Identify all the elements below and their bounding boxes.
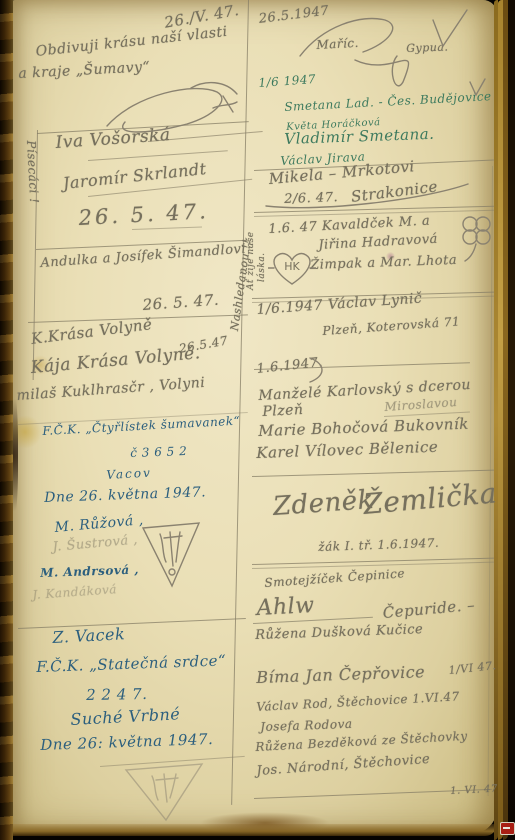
heart-hk-icon: HK	[268, 250, 316, 286]
page-bottom-stain	[11, 824, 497, 836]
sig-z-vacek: Z. Vacek	[52, 624, 126, 647]
bracket-curl-icon	[308, 356, 328, 384]
svg-text:HK: HK	[284, 260, 300, 273]
fck-vacov: Vacov	[106, 466, 152, 482]
margin-at-zije-1: Ať žije naše	[246, 231, 256, 290]
underline-swoosh-icon	[262, 180, 474, 212]
triangle-badge2-icon	[122, 760, 207, 822]
place-plzen: Plzeň	[262, 402, 304, 420]
fck-number-2247: 2 2 4 7.	[86, 685, 148, 704]
triangle-badge-icon	[140, 520, 202, 590]
four-leaf-clover-icon	[456, 214, 496, 262]
fck-number-3652: č 3 6 5 2	[130, 444, 187, 460]
signature-flourish-icon	[95, 78, 245, 138]
margin-at-zije-2: láska.	[257, 252, 267, 282]
check-mark-icon	[468, 78, 488, 98]
sig-ahlw: Ahlw	[256, 593, 315, 621]
scanned-guestbook-photo: 26./V. 47.Obdivuji krásu naší vlastia kr…	[0, 0, 515, 840]
scanner-artifact	[500, 822, 515, 835]
page-stack-edge-1	[508, 0, 515, 840]
book-spine-texture	[0, 0, 13, 840]
signature-flourish2-icon	[295, 8, 470, 88]
